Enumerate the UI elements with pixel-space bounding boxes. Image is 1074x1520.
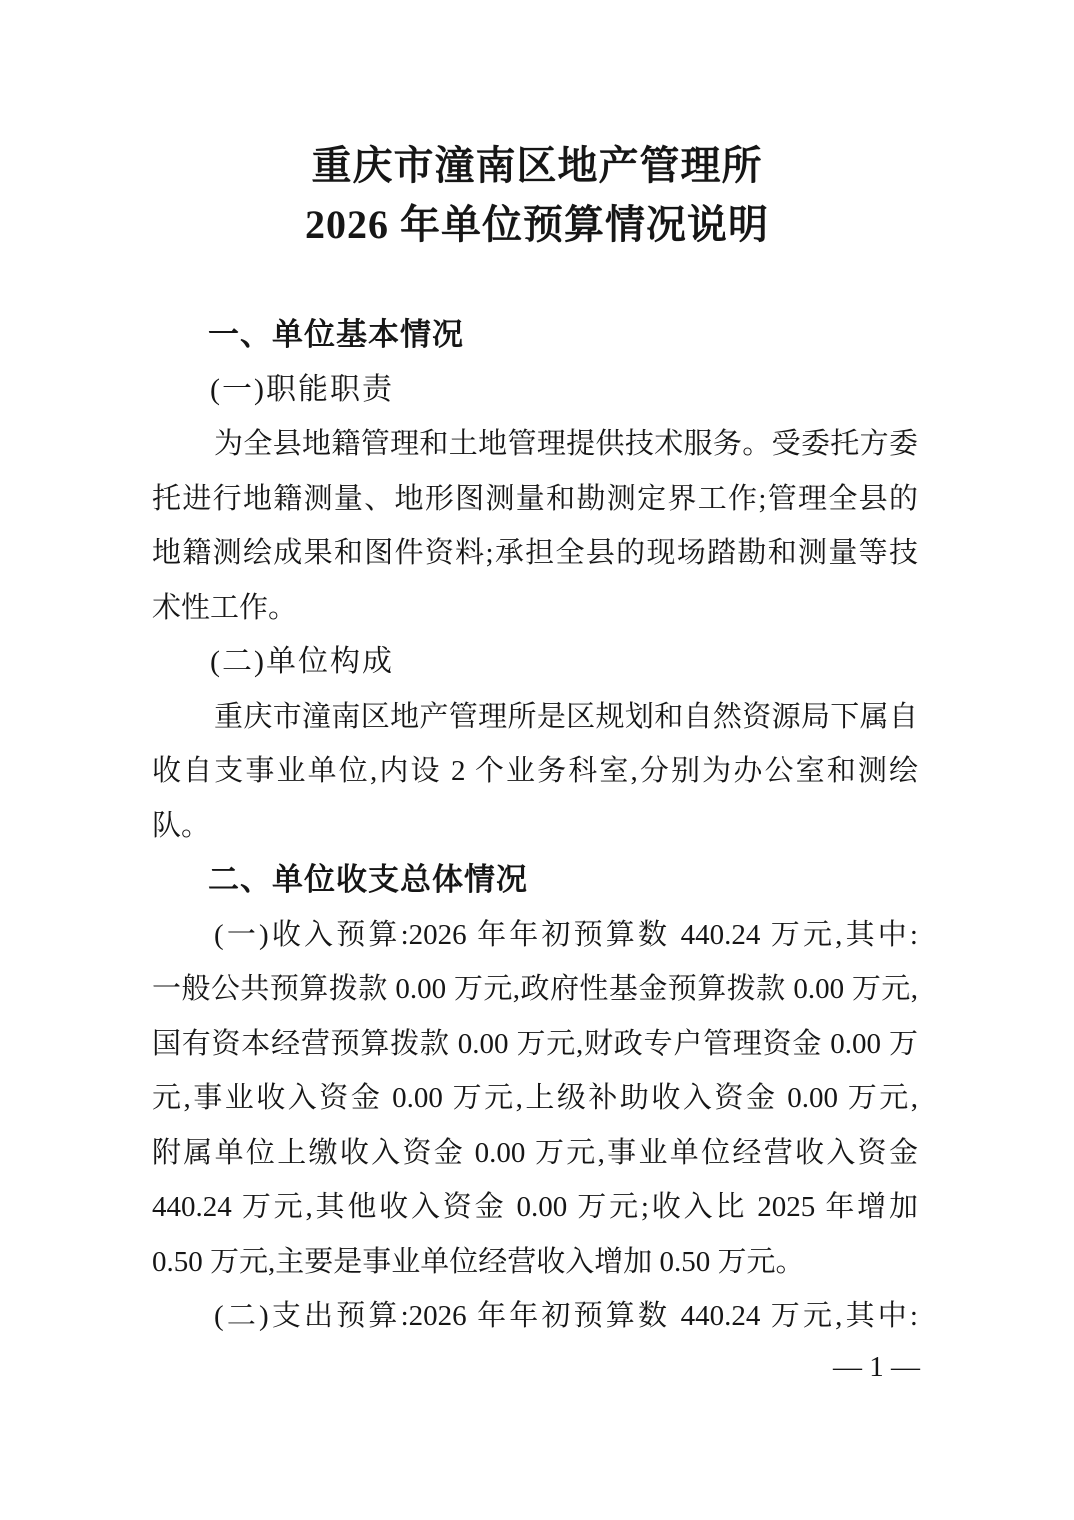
page-number: — 1 —	[152, 1351, 920, 1383]
paragraph-line: 重庆市潼南区地产管理所是区规划和自然资源局下属自	[152, 690, 918, 745]
paragraph-line: 0.50 万元,主要是事业单位经营收入增加 0.50 万元。	[152, 1235, 918, 1290]
paragraph-line: 地籍测绘成果和图件资料;承担全县的现场踏勘和测量等技	[152, 526, 918, 581]
paragraph-line: (一)收入预算:2026 年年初预算数 440.24 万元,其中:	[152, 908, 918, 963]
paragraph-line: 440.24 万元,其他收入资金 0.00 万元;收入比 2025 年增加	[152, 1180, 918, 1235]
paragraph-line: (二)支出预算:2026 年年初预算数 440.24 万元,其中:	[152, 1289, 918, 1344]
document-body: 一、单位基本情况 (一)职能职责 为全县地籍管理和土地管理提供技术服务。受委托方…	[152, 308, 918, 1344]
paragraph-line: 术性工作。	[152, 581, 918, 636]
paragraph-line: 收自支事业单位,内设 2 个业务科室,分别为办公室和测绘	[152, 744, 918, 799]
document-title: 重庆市潼南区地产管理所 2026 年单位预算情况说明	[0, 136, 1074, 254]
section-heading-2: 二、单位收支总体情况	[152, 853, 918, 908]
document-page: 重庆市潼南区地产管理所 2026 年单位预算情况说明 一、单位基本情况 (一)职…	[0, 0, 1074, 1520]
paragraph-line: 国有资本经营预算拨款 0.00 万元,财政专户管理资金 0.00 万	[152, 1017, 918, 1072]
subsection-heading-1-1: (一)职能职责	[152, 363, 918, 418]
document-title-line-2: 2026 年单位预算情况说明	[0, 195, 1074, 254]
paragraph-line: 元,事业收入资金 0.00 万元,上级补助收入资金 0.00 万元,	[152, 1071, 918, 1126]
section-heading-1: 一、单位基本情况	[152, 308, 918, 363]
paragraph-line: 托进行地籍测量、地形图测量和勘测定界工作;管理全县的	[152, 472, 918, 527]
paragraph-line: 附属单位上缴收入资金 0.00 万元,事业单位经营收入资金	[152, 1126, 918, 1181]
subsection-heading-1-2: (二)单位构成	[152, 635, 918, 690]
paragraph-line: 为全县地籍管理和土地管理提供技术服务。受委托方委	[152, 417, 918, 472]
document-title-line-1: 重庆市潼南区地产管理所	[0, 136, 1074, 195]
paragraph-line: 一般公共预算拨款 0.00 万元,政府性基金预算拨款 0.00 万元,	[152, 962, 918, 1017]
paragraph-line: 队。	[152, 799, 918, 854]
